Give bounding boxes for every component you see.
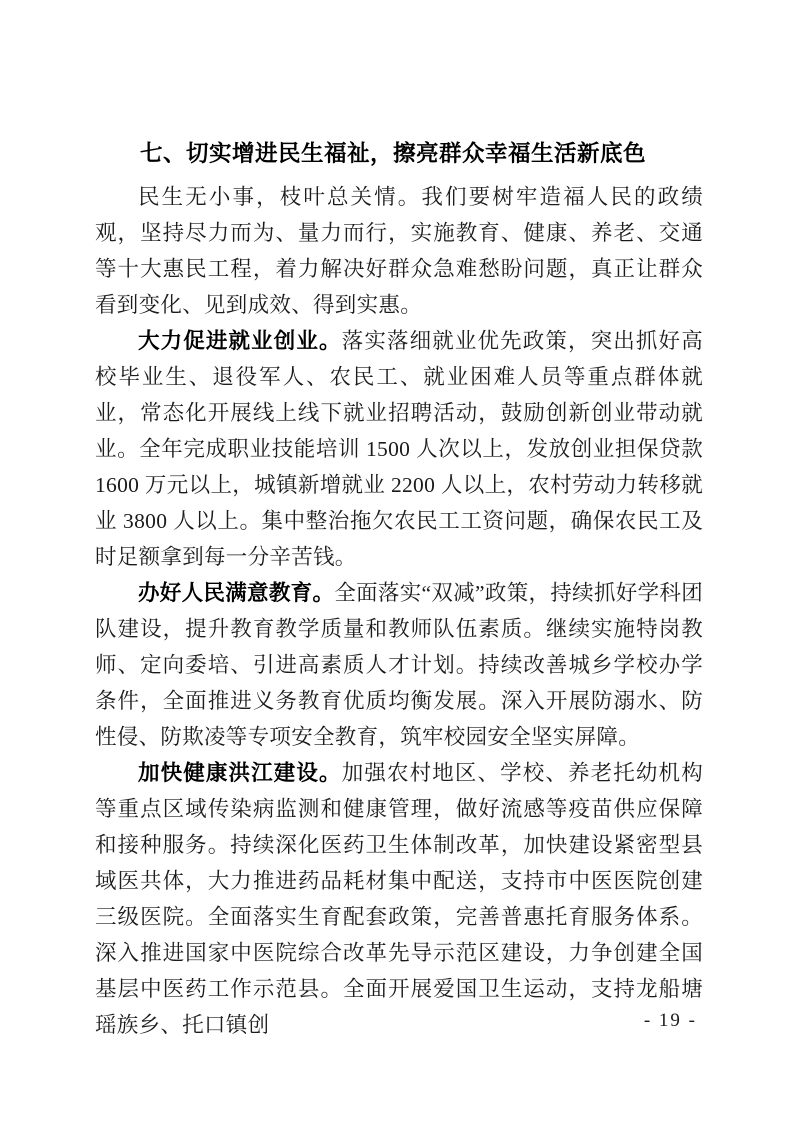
paragraph-lead: 大力促进就业创业。 [138,329,342,353]
paragraph-health: 加快健康洪江建设。加强农村地区、学校、养老托幼机构等重点区域传染病监测和健康管理… [95,755,703,1043]
paragraph-text: 民生无小事，枝叶总关情。我们要树牢造福人民的政绩观，坚持尽力而为、量力而行，实施… [95,185,703,317]
section-heading: 七、切实增进民生福祉，擦亮群众幸福生活新底色 [95,137,703,170]
page-number: - 19 - [644,1010,697,1032]
paragraph-education: 办好人民满意教育。全面落实“双减”政策，持续抓好学科团队建设，提升教育教学质量和… [95,575,703,755]
paragraph-lead: 办好人民满意教育。 [138,581,334,605]
paragraph-intro: 民生无小事，枝叶总关情。我们要树牢造福人民的政绩观，坚持尽力而为、量力而行，实施… [95,179,703,323]
document-page: 七、切实增进民生福祉，擦亮群众幸福生活新底色 民生无小事，枝叶总关情。我们要树牢… [0,0,793,1122]
paragraph-text: 落实落细就业优先政策，突出抓好高校毕业生、退役军人、农民工、就业困难人员等重点群… [95,329,703,569]
document-content: 七、切实增进民生福祉，擦亮群众幸福生活新底色 民生无小事，枝叶总关情。我们要树牢… [95,137,703,1043]
paragraph-lead: 加快健康洪江建设。 [138,761,342,785]
paragraph-employment: 大力促进就业创业。落实落细就业优先政策，突出抓好高校毕业生、退役军人、农民工、就… [95,323,703,575]
paragraph-text: 全面落实“双减”政策，持续抓好学科团队建设，提升教育教学质量和教师队伍素质。继续… [95,581,703,749]
paragraph-text: 加强农村地区、学校、养老托幼机构等重点区域传染病监测和健康管理，做好流感等疫苗供… [95,761,703,1037]
